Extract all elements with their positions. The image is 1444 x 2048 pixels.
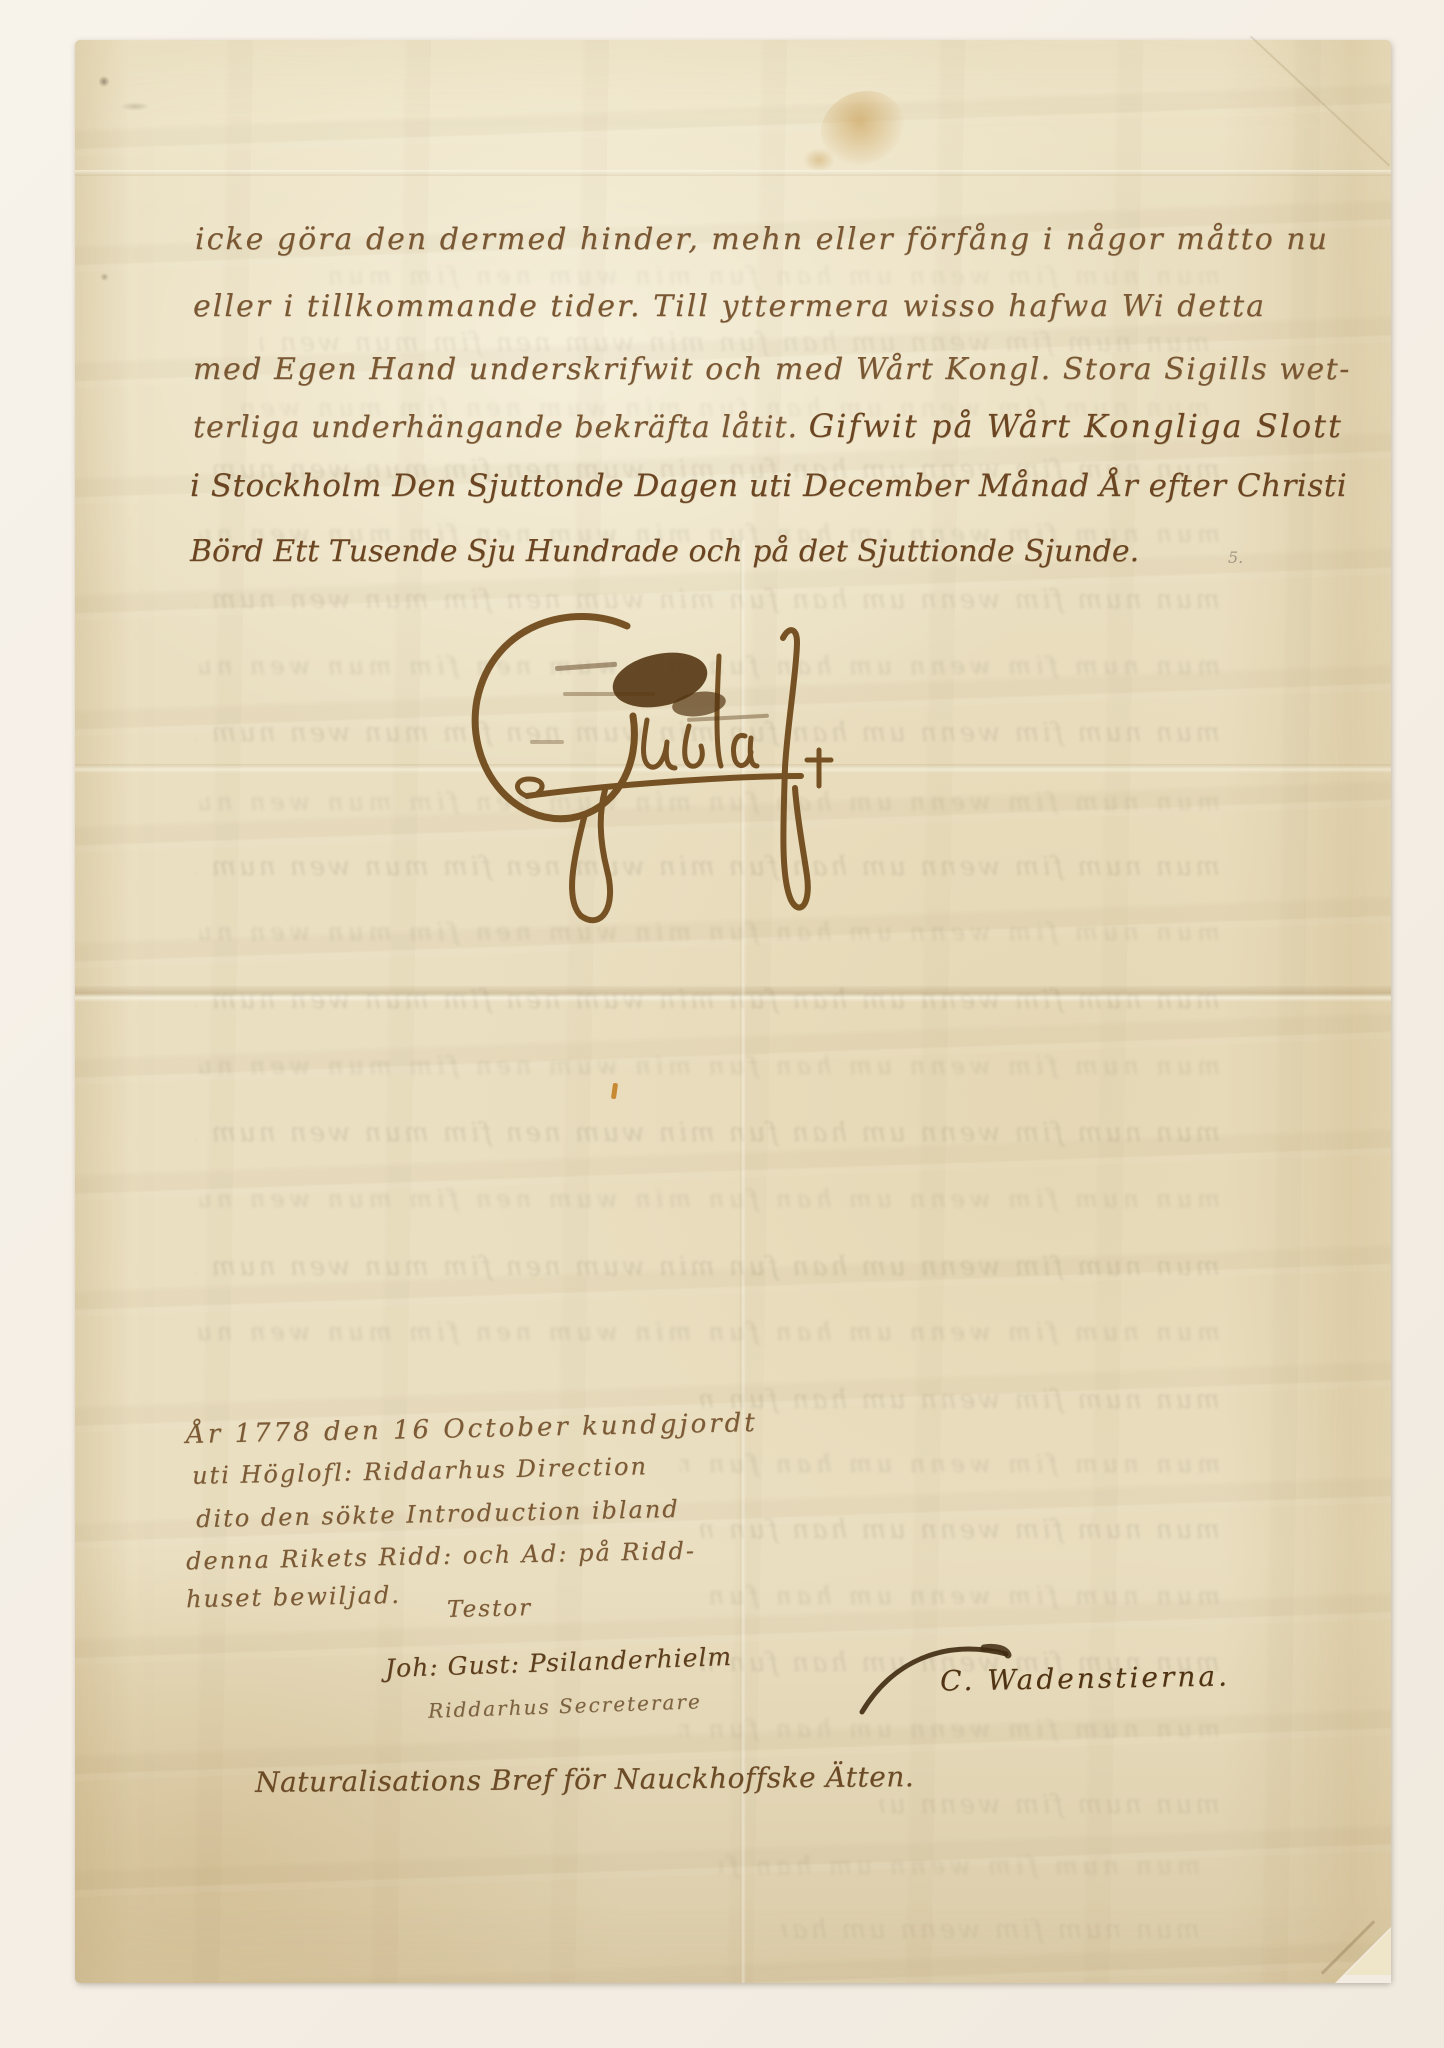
signature-letter-a bbox=[733, 735, 757, 766]
verso-bleedthrough-line: mun num fim wenn um han fun min wum nen … bbox=[700, 1385, 1220, 1421]
verso-bleedthrough-line: mun num fim wenn um han fun min wum nen … bbox=[700, 1515, 1220, 1551]
paper-sheet: mun num fim wenn um han fun min wum nen … bbox=[75, 40, 1391, 1983]
orange-fleck bbox=[611, 1083, 618, 1100]
main-text-line: Börd Ett Tusende Sju Hundrade och på det… bbox=[190, 534, 1139, 569]
signature-letter-u bbox=[644, 720, 676, 768]
stain-top bbox=[810, 79, 916, 178]
verso-bleedthrough-line: mun num fim wenn um han fun min wum nen … bbox=[690, 1582, 1220, 1618]
registration-note-line: År 1778 den 16 October kundgjordt bbox=[186, 1408, 758, 1450]
verso-bleedthrough-line: mun num fim wenn um han fun min wum nen … bbox=[720, 1852, 1200, 1888]
secretary-title: Riddarhus Secreterare bbox=[428, 1689, 702, 1723]
margin-mark: 5. bbox=[1228, 548, 1243, 567]
registration-note-line: dito den sökte Introduction ibland bbox=[196, 1495, 680, 1533]
docket-line: Naturalisations Bref för Nauckhoffske Ät… bbox=[255, 1760, 914, 1799]
main-text-line: terliga underhängande bekräfta låtit. Gi… bbox=[193, 407, 1343, 445]
registration-note-line: huset bewiljad. bbox=[186, 1581, 401, 1613]
signature-letter-s bbox=[685, 726, 703, 766]
signature-letter-f-ascender bbox=[783, 630, 797, 768]
secretary-signature: Joh: Gust: Psilanderhielm bbox=[385, 1642, 733, 1683]
fold-crease-top bbox=[75, 170, 1391, 176]
stain-top-droplet bbox=[803, 148, 835, 172]
dog-ear-flap bbox=[1345, 1929, 1391, 1975]
signature-underline bbox=[527, 776, 801, 796]
main-text-line: med Egen Hand underskrifwit och med Wårt… bbox=[193, 352, 1351, 387]
verso-bleedthrough-line: mun num fim wenn um han fun min wum nen … bbox=[195, 985, 1220, 1021]
verso-bleedthrough-line: mun num fim wenn um han fun min wum nen … bbox=[200, 1052, 1220, 1088]
main-text-segment-ornate: Gifwit på Wårt Kongliga Slott bbox=[809, 407, 1343, 445]
main-text-line: eller i tillkommande tider. Till ytterme… bbox=[193, 289, 1266, 324]
speck-top-left bbox=[98, 76, 110, 87]
royal-signature: Gustaf bbox=[435, 608, 845, 928]
fold-crease-lower bbox=[75, 986, 1391, 1002]
verso-bleedthrough-line: mun num fim wenn um han fun min wum nen … bbox=[680, 1450, 1220, 1486]
registration-note-line: uti Höglofl: Riddarhus Direction bbox=[192, 1452, 648, 1490]
document-scan: mun num fim wenn um han fun min wum nen … bbox=[0, 0, 1444, 2048]
ink-blot bbox=[530, 645, 769, 744]
signature-letter-t bbox=[717, 656, 721, 766]
signature-end-cross bbox=[807, 750, 831, 786]
royal-signature-drawing bbox=[435, 608, 845, 928]
verso-bleedthrough-line: mun num fim wenn um han fun min wum nen … bbox=[195, 1252, 1220, 1288]
verso-bleedthrough-line: mun num fim wenn um han fun min wum nen … bbox=[780, 1915, 1200, 1951]
corner-crease bbox=[1250, 35, 1390, 166]
main-text-line: icke göra den dermed hinder, mehn eller … bbox=[195, 222, 1329, 257]
signature-letter-f-descender bbox=[783, 768, 807, 908]
attestation-testor: Testor bbox=[447, 1595, 533, 1623]
main-text-line: i Stockholm Den Sjuttonde Dagen uti Dece… bbox=[190, 468, 1347, 504]
speck-left-edge bbox=[100, 273, 109, 281]
verso-bleedthrough-line: mun num fim wenn um han fun min wum nen … bbox=[680, 1715, 1220, 1751]
main-text-segment: terliga underhängande bekräfta låtit. bbox=[193, 410, 798, 445]
verso-bleedthrough-line: mun num fim wenn um han fun min wum nen … bbox=[200, 1185, 1220, 1221]
smudge-top-left bbox=[120, 102, 150, 111]
verso-bleedthrough-line: mun num fim wenn um han fun min wum nen … bbox=[880, 1790, 1220, 1826]
registration-note-line: denna Rikets Ridd: och Ad: på Ridd- bbox=[186, 1537, 696, 1576]
verso-bleedthrough-line: mun num fim wenn um han fun min wum nen … bbox=[195, 1318, 1220, 1354]
countersignature: C. Wadenstierna. bbox=[940, 1659, 1230, 1697]
verso-bleedthrough-line: mun num fim wenn um han fun min wum nen … bbox=[195, 1118, 1220, 1154]
